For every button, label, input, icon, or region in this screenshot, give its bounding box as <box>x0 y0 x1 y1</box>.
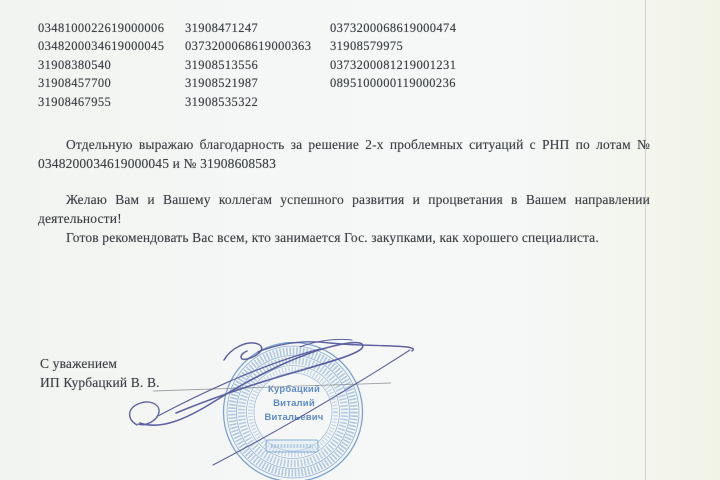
lot-number-cell: 0895100000119000236 <box>330 74 488 92</box>
lot-number-cell: 0373200081219001231 <box>330 56 488 74</box>
paragraph-wishes: Желаю Вам и Вашему коллегам успешного ра… <box>38 190 650 228</box>
lot-number-cell: 31908521987 <box>185 74 330 92</box>
lot-number-cell: 0348200034619000045 <box>38 37 185 55</box>
table-row: 0348200034619000045 0373200068619000363 … <box>38 37 488 55</box>
closing-signatory: ИП Курбацкий В. В. <box>40 373 160 392</box>
letter-body: Отдельную выражаю благодарность за решен… <box>38 135 650 247</box>
table-row: 31908467955 31908535322 <box>38 93 488 111</box>
lot-number-cell: 31908513556 <box>185 56 330 74</box>
closing-block: С уважением ИП Курбацкий В. В. <box>40 354 160 392</box>
signature-ink <box>130 339 414 465</box>
stamp-footer-box <box>266 440 318 452</box>
scanned-letter-page: 0348100022619000006 31908471247 03732000… <box>0 0 720 480</box>
table-row: 0348100022619000006 31908471247 03732000… <box>38 19 488 37</box>
stamp-inner-text-ring <box>242 361 345 464</box>
lot-number-cell: 0373200068619000474 <box>330 19 488 37</box>
closing-salutation: С уважением <box>40 354 160 373</box>
lot-number-cell: 0348100022619000006 <box>38 19 185 37</box>
stamp-name-line2: Виталий <box>273 398 315 409</box>
lot-number-cell: 31908380540 <box>38 56 185 74</box>
stamp-outer-text-ring <box>232 351 354 473</box>
table-row: 31908380540 31908513556 0373200081219001… <box>38 56 488 74</box>
lot-numbers-table: 0348100022619000006 31908471247 03732000… <box>38 19 488 111</box>
scan-page-edge <box>645 0 646 480</box>
table-row: 31908457700 31908521987 0895100000119000… <box>38 74 488 92</box>
lot-number-cell: 0373200068619000363 <box>185 37 330 55</box>
paragraph-recommend: Готов рекомендовать Вас всем, кто занима… <box>38 228 650 247</box>
stamp-name-line1: Курбацкий <box>268 384 320 395</box>
paragraph-thanks: Отдельную выражаю благодарность за решен… <box>38 135 650 173</box>
lot-number-cell: 31908579975 <box>330 37 488 55</box>
lot-number-cell: 31908457700 <box>38 74 185 92</box>
stamp: Курбацкий Виталий Витальевич <box>224 343 363 480</box>
lot-number-cell <box>330 93 488 111</box>
lot-number-cell: 31908467955 <box>38 93 185 111</box>
lot-number-cell: 31908471247 <box>185 19 330 37</box>
lot-number-cell: 31908535322 <box>185 93 330 111</box>
signature-line <box>153 383 391 391</box>
stamp-name-line3: Витальевич <box>265 412 324 423</box>
